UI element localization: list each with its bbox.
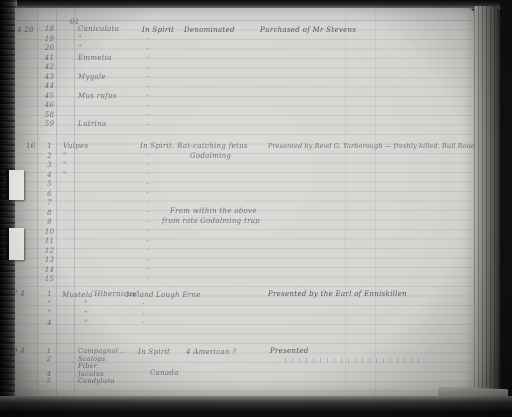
b3-date: 7 4 xyxy=(13,290,25,300)
margin-line-1 xyxy=(37,10,38,396)
b1-species: Caniculata " " Emmetia Mygale Mus rufus … xyxy=(78,25,119,130)
b4-condition: In Spirit xyxy=(138,348,170,358)
ledger-photo: 61 87 4 28 18 19 20 41 42 43 44 45 46 58… xyxy=(0,0,512,417)
b1-determination: Denominated xyxy=(184,26,235,36)
b2-numbers: 1 2 3 4 5 6 7 8 9 10 11 12 13 14 15 xyxy=(42,142,57,285)
b2-date: 16 xyxy=(26,142,36,152)
left-bookmark-tab-1 xyxy=(6,170,24,200)
column-line-5 xyxy=(375,10,376,396)
pencil-note-squiggle xyxy=(283,358,421,363)
b1-ditto-dots: · · · · · · · · · · xyxy=(146,35,149,130)
b1-remark: Purchased of Mr Stevens xyxy=(260,26,356,36)
b3-remark: Presented by the Earl of Enniskillen xyxy=(268,290,407,300)
b2-condition-2: Godalming xyxy=(190,152,231,162)
b3-species: Mustela xyxy=(62,291,93,301)
b3-condition: Ireland xyxy=(126,291,154,301)
b4-determination: 4 American ? xyxy=(186,348,236,358)
b3-numbers: 1 " " 4 xyxy=(42,290,57,328)
b2-species: Vulpes " " " xyxy=(63,142,88,180)
book-bottom-edge xyxy=(0,396,512,417)
b3-ditto-dots: · · · xyxy=(142,300,145,329)
b4-species: Campagnol .. Scalops Fiber Jaculus Condy… xyxy=(78,348,125,386)
b2-ditto-dots: · · · · · · · · · · · · · · xyxy=(146,151,149,284)
b2-note-line2: from rats Godalming trap xyxy=(162,217,260,227)
b4-numbers: 1 2 4 5 xyxy=(42,348,56,386)
b1-date: 4 28 xyxy=(17,26,34,36)
b2-note-line1: From within the above xyxy=(170,207,257,217)
b4-remark: Presented xyxy=(270,347,309,357)
b4-row4-locality: Canada xyxy=(150,369,179,379)
b2-condition: In Spirit. Rat-catching fetus xyxy=(140,142,248,152)
margin-line-3 xyxy=(74,10,75,396)
right-page-edges xyxy=(474,6,502,406)
b1-numbers: 18 19 20 41 42 43 44 45 46 58 59 xyxy=(42,25,57,130)
b1-condition: In Spirit xyxy=(142,26,174,36)
right-background xyxy=(500,0,512,417)
b4-date: 9 4 xyxy=(13,347,25,357)
left-bookmark-tab-2 xyxy=(6,228,24,260)
b3-locality: Lough Erne xyxy=(156,291,201,301)
column-line-4 xyxy=(345,10,346,396)
b3-species-dittos: " " " xyxy=(84,300,88,329)
